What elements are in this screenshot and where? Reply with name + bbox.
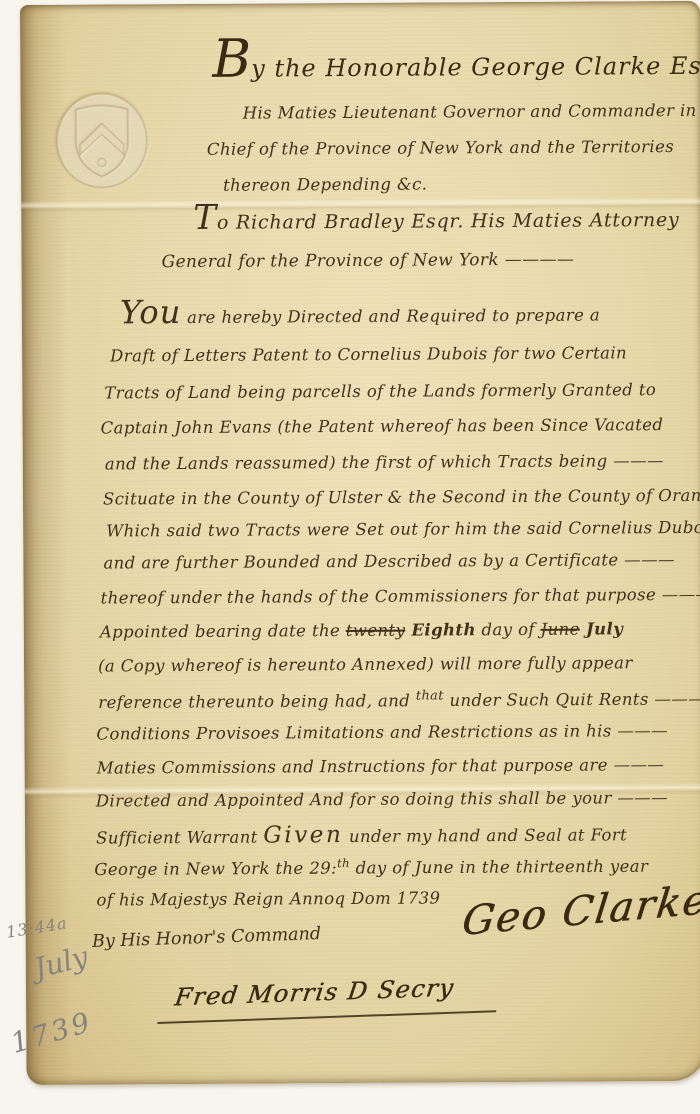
body-line-place-date: George in New York the 29:th day of June… — [94, 854, 648, 879]
body-text: Sufficient Warrant — [96, 828, 263, 848]
ordinal-suffix: th — [337, 856, 350, 870]
heading-line: Chief of the Province of New York and th… — [207, 137, 674, 159]
body-line-insertion: reference thereunto being had, and that … — [98, 687, 700, 712]
body-line: Conditions Provisoes Limitations and Res… — [96, 721, 668, 743]
inserted-word: that — [416, 688, 444, 703]
body-line: Scituate in the County of Ulster & the S… — [103, 486, 700, 509]
body-line: thereof under the hands of the Commissio… — [101, 585, 700, 608]
body-line: Maties Commissions and Instructions for … — [97, 755, 665, 777]
body-text: under my hand and Seal at Fort — [343, 825, 627, 846]
struck-word: twenty — [346, 621, 406, 640]
body-text: are hereby Directed and Required to prep… — [181, 305, 600, 327]
body-text: day of — [476, 620, 541, 639]
emended-word: July — [580, 619, 624, 638]
body-line: and are further Bounded and Described as… — [103, 550, 675, 572]
address-line: General for the Province of New York ———… — [162, 250, 575, 273]
address-line: To Richard Bradley Esqr. His Maties Atto… — [193, 205, 679, 234]
body-text: reference thereunto being had, and — [98, 691, 416, 712]
heading-line: thereon Depending &c. — [223, 175, 427, 195]
body-text: George in New York the 29: — [94, 859, 337, 879]
body-line: (a Copy whereof is hereunto Annexed) wil… — [98, 653, 633, 675]
heading-line: By the Honorable George Clarke Esqr. — [212, 41, 700, 83]
heading-line: His Maties Lieutenant Governor and Comma… — [243, 101, 697, 123]
body-line-date-emended: Appointed bearing date the twenty Eighth… — [100, 619, 623, 641]
emended-word: Eighth — [405, 620, 476, 639]
body-line: Tracts of Land being parcells of the Lan… — [104, 380, 656, 402]
body-text: under Such Quit Rents ——— — [444, 689, 700, 710]
opening-word: You — [120, 293, 182, 331]
embossed-coat-of-arms-seal-icon — [55, 90, 150, 191]
body-line-given: Sufficient Warrant Given under my hand a… — [96, 820, 627, 849]
body-line: You are hereby Directed and Required to … — [120, 301, 600, 327]
scan-background: By the Honorable George Clarke Esqr. His… — [0, 0, 700, 1114]
body-line: and the Lands reassumed) the first of wh… — [105, 451, 664, 473]
body-line: Captain John Evans (the Patent whereof h… — [101, 415, 664, 437]
body-text: day of June in the thirteenth year — [350, 857, 648, 878]
body-line: Draft of Letters Patent to Cornelius Dub… — [110, 343, 627, 365]
body-line: Directed and Appointed And for so doing … — [96, 788, 668, 810]
given-word: Given — [263, 822, 343, 848]
body-line: Which said two Tracts were Set out for h… — [106, 518, 700, 541]
body-text: Appointed bearing date the — [100, 621, 346, 642]
body-line: of his Majestys Reign Annoq Dom 1739 — [96, 888, 440, 909]
struck-word: June — [540, 620, 579, 639]
